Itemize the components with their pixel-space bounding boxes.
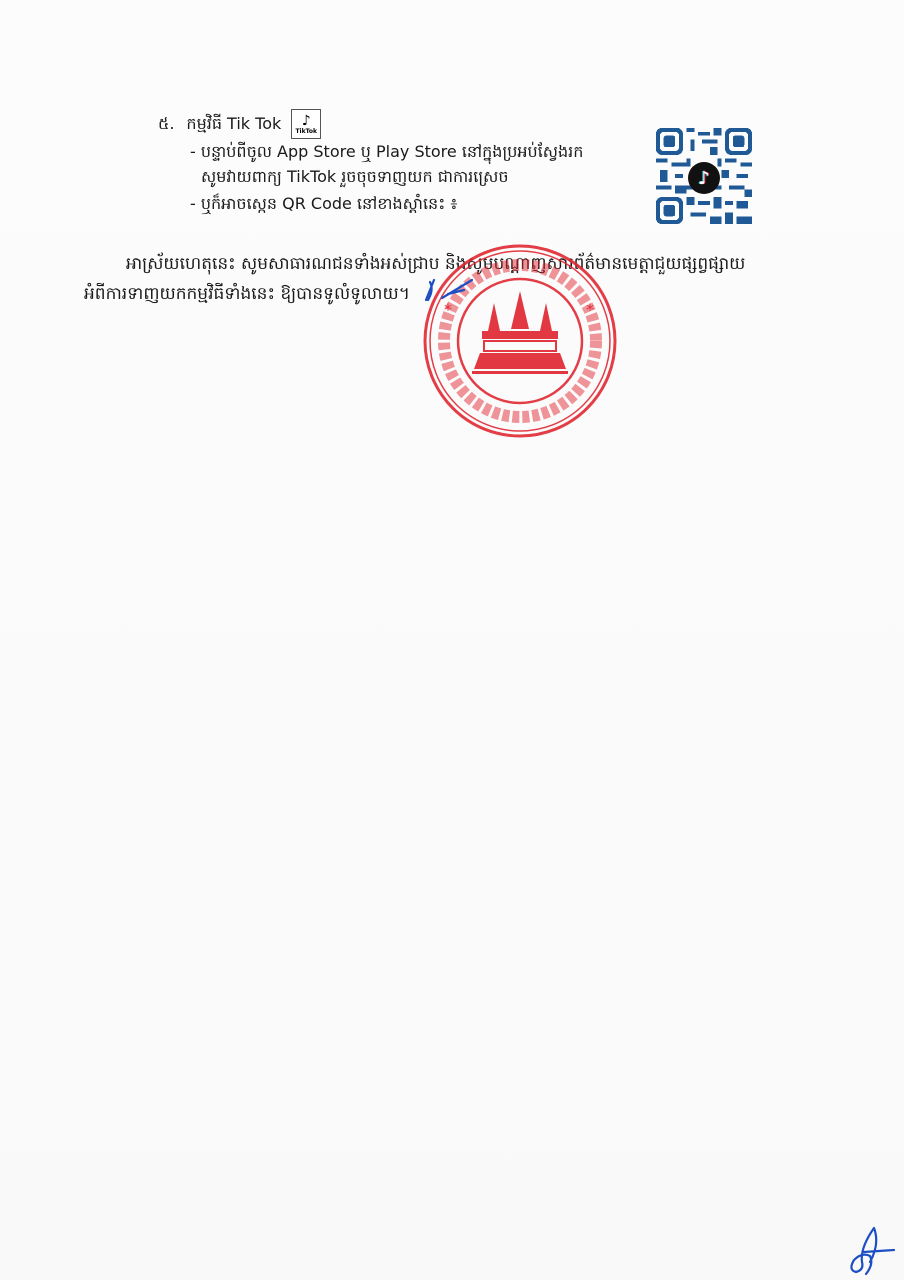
bullet-app-store: - បន្ទាប់ពីចូល App Store ឬ Play Store នៅ… bbox=[190, 140, 583, 164]
bullet-app-store-cont: សូមវាយពាក្យ TikTok រួចចុចទាញយក ជាការស្រេ… bbox=[201, 165, 508, 189]
bullet-qr-code: - ឬក៏អាចស្កេន QR Code នៅខាងស្តាំនេះ ៖ bbox=[190, 192, 457, 216]
closing-paragraph-line2: អំពីការទាញយកកម្មវិធីទាំងនេះ ឱ្យបានទូលំទូ… bbox=[84, 280, 410, 308]
tiktok-icon: ♪ bbox=[688, 162, 720, 194]
item-title: កម្មវិធី Tik Tok bbox=[186, 112, 281, 136]
item-number: ៥. bbox=[158, 112, 174, 136]
initials-signature bbox=[420, 276, 480, 304]
svg-text:*: * bbox=[586, 300, 594, 319]
signature bbox=[840, 1222, 896, 1278]
document-page: ៥. កម្មវិធី Tik Tok ♪ TikTok - បន្ទាប់ពី… bbox=[0, 0, 904, 1280]
tiktok-logo-icon: ♪ TikTok bbox=[291, 109, 321, 139]
ministry-seal-icon: * * bbox=[422, 243, 618, 439]
item-heading: ៥. កម្មវិធី Tik Tok ♪ TikTok bbox=[158, 109, 321, 139]
